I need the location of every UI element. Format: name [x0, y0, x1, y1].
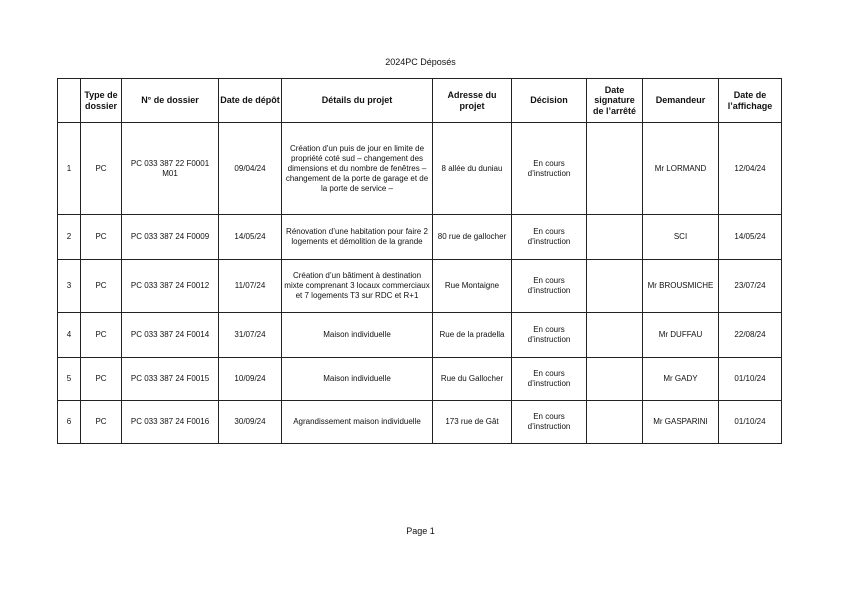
table-row: 5 PC PC 033 387 24 F0015 10/09/24 Maison… [58, 358, 782, 401]
page-number: Page 1 [0, 526, 841, 536]
cell-num: 3 [58, 260, 81, 313]
table-row: 4 PC PC 033 387 24 F0014 31/07/24 Maison… [58, 313, 782, 358]
cell-affichage: 14/05/24 [719, 215, 782, 260]
cell-adresse: 173 rue de Gât [433, 401, 512, 444]
header-num [58, 79, 81, 123]
header-affichage: Date de l’affichage [719, 79, 782, 123]
cell-dossier: PC 033 387 24 F0014 [122, 313, 219, 358]
cell-num: 4 [58, 313, 81, 358]
table-row: 2 PC PC 033 387 24 F0009 14/05/24 Rénova… [58, 215, 782, 260]
cell-type: PC [81, 260, 122, 313]
cell-demandeur: Mr GADY [643, 358, 719, 401]
cell-demandeur: Mr GASPARINI [643, 401, 719, 444]
cell-num: 1 [58, 123, 81, 215]
cell-decision: En cours d’instruction [512, 260, 587, 313]
cell-affichage: 22/08/24 [719, 313, 782, 358]
cell-signature [587, 358, 643, 401]
cell-num: 5 [58, 358, 81, 401]
cell-dossier: PC 033 387 24 F0009 [122, 215, 219, 260]
cell-adresse: Rue du Gallocher [433, 358, 512, 401]
cell-type: PC [81, 123, 122, 215]
cell-demandeur: Mr LORMAND [643, 123, 719, 215]
cell-details: Maison individuelle [282, 313, 433, 358]
cell-depot: 09/04/24 [219, 123, 282, 215]
cell-dossier: PC 033 387 24 F0016 [122, 401, 219, 444]
cell-signature [587, 215, 643, 260]
cell-demandeur: Mr DUFFAU [643, 313, 719, 358]
cell-details: Agrandissement maison individuelle [282, 401, 433, 444]
header-demandeur: Demandeur [643, 79, 719, 123]
table-row: 3 PC PC 033 387 24 F0012 11/07/24 Créati… [58, 260, 782, 313]
cell-affichage: 01/10/24 [719, 401, 782, 444]
cell-depot: 30/09/24 [219, 401, 282, 444]
cell-details: Maison individuelle [282, 358, 433, 401]
cell-signature [587, 123, 643, 215]
table-row: 6 PC PC 033 387 24 F0016 30/09/24 Agrand… [58, 401, 782, 444]
header-type: Type de dossier [81, 79, 122, 123]
header-decision: Décision [512, 79, 587, 123]
cell-dossier: PC 033 387 22 F0001 M01 [122, 123, 219, 215]
cell-decision: En cours d’instruction [512, 123, 587, 215]
permits-table: Type de dossier N° de dossier Date de dé… [57, 78, 782, 444]
cell-adresse: 8 allée du duniau [433, 123, 512, 215]
header-dossier: N° de dossier [122, 79, 219, 123]
cell-demandeur: Mr BROUSMICHE [643, 260, 719, 313]
header-adresse: Adresse du projet [433, 79, 512, 123]
cell-type: PC [81, 401, 122, 444]
header-row: Type de dossier N° de dossier Date de dé… [58, 79, 782, 123]
cell-type: PC [81, 313, 122, 358]
header-depot: Date de dépôt [219, 79, 282, 123]
header-signature: Date signature de l’arrêté [587, 79, 643, 123]
cell-decision: En cours d’instruction [512, 215, 587, 260]
cell-depot: 11/07/24 [219, 260, 282, 313]
cell-decision: En cours d’instruction [512, 313, 587, 358]
cell-decision: En cours d’instruction [512, 358, 587, 401]
cell-depot: 10/09/24 [219, 358, 282, 401]
cell-demandeur: SCI [643, 215, 719, 260]
cell-num: 2 [58, 215, 81, 260]
cell-adresse: 80 rue de gallocher [433, 215, 512, 260]
table-row: 1 PC PC 033 387 22 F0001 M01 09/04/24 Cr… [58, 123, 782, 215]
cell-adresse: Rue de la pradella [433, 313, 512, 358]
cell-signature [587, 260, 643, 313]
cell-affichage: 01/10/24 [719, 358, 782, 401]
header-details: Détails du projet [282, 79, 433, 123]
cell-affichage: 12/04/24 [719, 123, 782, 215]
cell-signature [587, 313, 643, 358]
cell-type: PC [81, 215, 122, 260]
cell-type: PC [81, 358, 122, 401]
cell-affichage: 23/07/24 [719, 260, 782, 313]
cell-details: Création d’un bâtiment à destination mix… [282, 260, 433, 313]
cell-details: Rénovation d’une habitation pour faire 2… [282, 215, 433, 260]
cell-depot: 31/07/24 [219, 313, 282, 358]
document-title: 2024PC Déposés [0, 57, 841, 67]
cell-dossier: PC 033 387 24 F0012 [122, 260, 219, 313]
cell-adresse: Rue Montaigne [433, 260, 512, 313]
cell-signature [587, 401, 643, 444]
cell-dossier: PC 033 387 24 F0015 [122, 358, 219, 401]
cell-num: 6 [58, 401, 81, 444]
cell-details: Création d'un puis de jour en limite de … [282, 123, 433, 215]
cell-depot: 14/05/24 [219, 215, 282, 260]
cell-decision: En cours d’instruction [512, 401, 587, 444]
